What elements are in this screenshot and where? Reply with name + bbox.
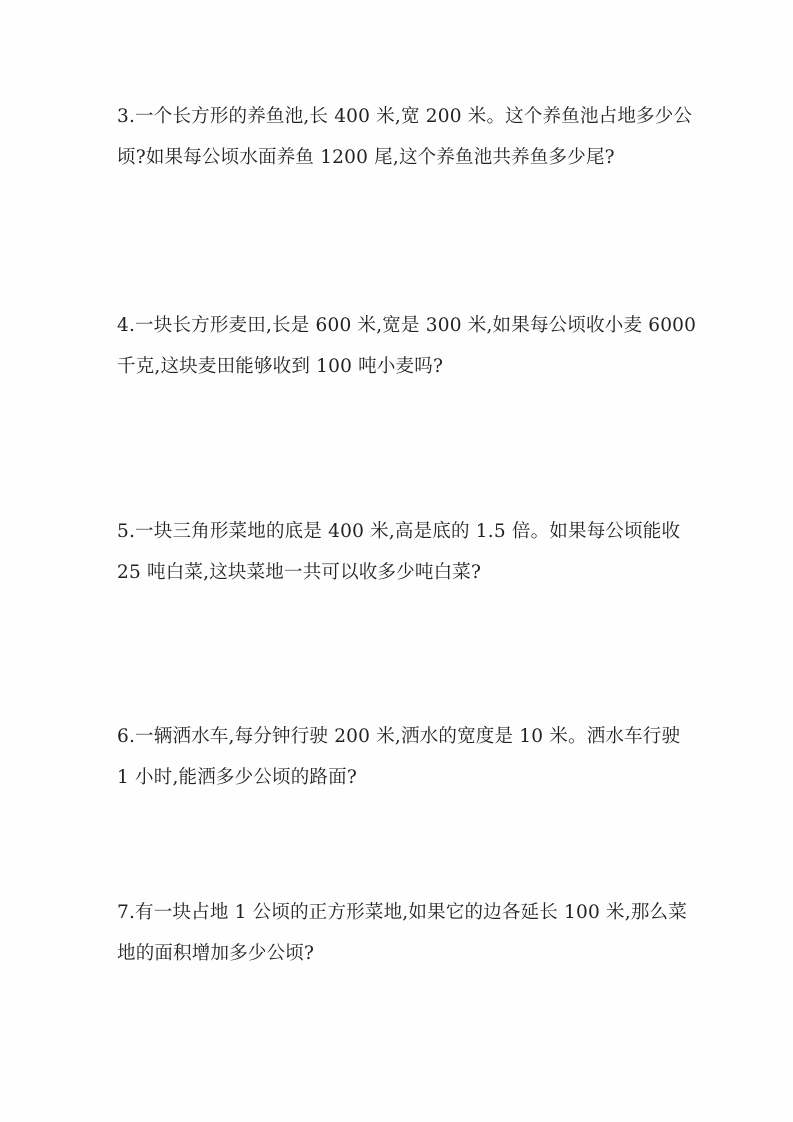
question-3: 3.一个长方形的养鱼池,长 400 米,宽 200 米。这个养鱼池占地多少公 顷… — [117, 96, 677, 178]
question-6-line-1: 6.一辆洒水车,每分钟行驶 200 米,洒水的宽度是 10 米。洒水车行驶 — [117, 716, 677, 757]
question-6: 6.一辆洒水车,每分钟行驶 200 米,洒水的宽度是 10 米。洒水车行驶 1 … — [117, 716, 677, 798]
question-4-line-2: 千克,这块麦田能够收到 100 吨小麦吗? — [117, 346, 677, 387]
question-7-line-1: 7.有一块占地 1 公顷的正方形菜地,如果它的边各延长 100 米,那么菜 — [117, 892, 677, 933]
question-7-line-2: 地的面积增加多少公顷? — [117, 933, 677, 974]
question-7: 7.有一块占地 1 公顷的正方形菜地,如果它的边各延长 100 米,那么菜 地的… — [117, 892, 677, 974]
question-5-line-2: 25 吨白菜,这块菜地一共可以收多少吨白菜? — [117, 552, 677, 593]
question-3-line-2: 顷?如果每公顷水面养鱼 1200 尾,这个养鱼池共养鱼多少尾? — [117, 137, 677, 178]
question-4-line-1: 4.一块长方形麦田,长是 600 米,宽是 300 米,如果每公顷收小麦 600… — [117, 305, 677, 346]
question-6-line-2: 1 小时,能洒多少公顷的路面? — [117, 757, 677, 798]
worksheet-page: 3.一个长方形的养鱼池,长 400 米,宽 200 米。这个养鱼池占地多少公 顷… — [0, 0, 793, 1122]
question-5: 5.一块三角形菜地的底是 400 米,高是底的 1.5 倍。如果每公顷能收 25… — [117, 511, 677, 593]
question-3-line-1: 3.一个长方形的养鱼池,长 400 米,宽 200 米。这个养鱼池占地多少公 — [117, 96, 677, 137]
question-4: 4.一块长方形麦田,长是 600 米,宽是 300 米,如果每公顷收小麦 600… — [117, 305, 677, 387]
question-5-line-1: 5.一块三角形菜地的底是 400 米,高是底的 1.5 倍。如果每公顷能收 — [117, 511, 677, 552]
